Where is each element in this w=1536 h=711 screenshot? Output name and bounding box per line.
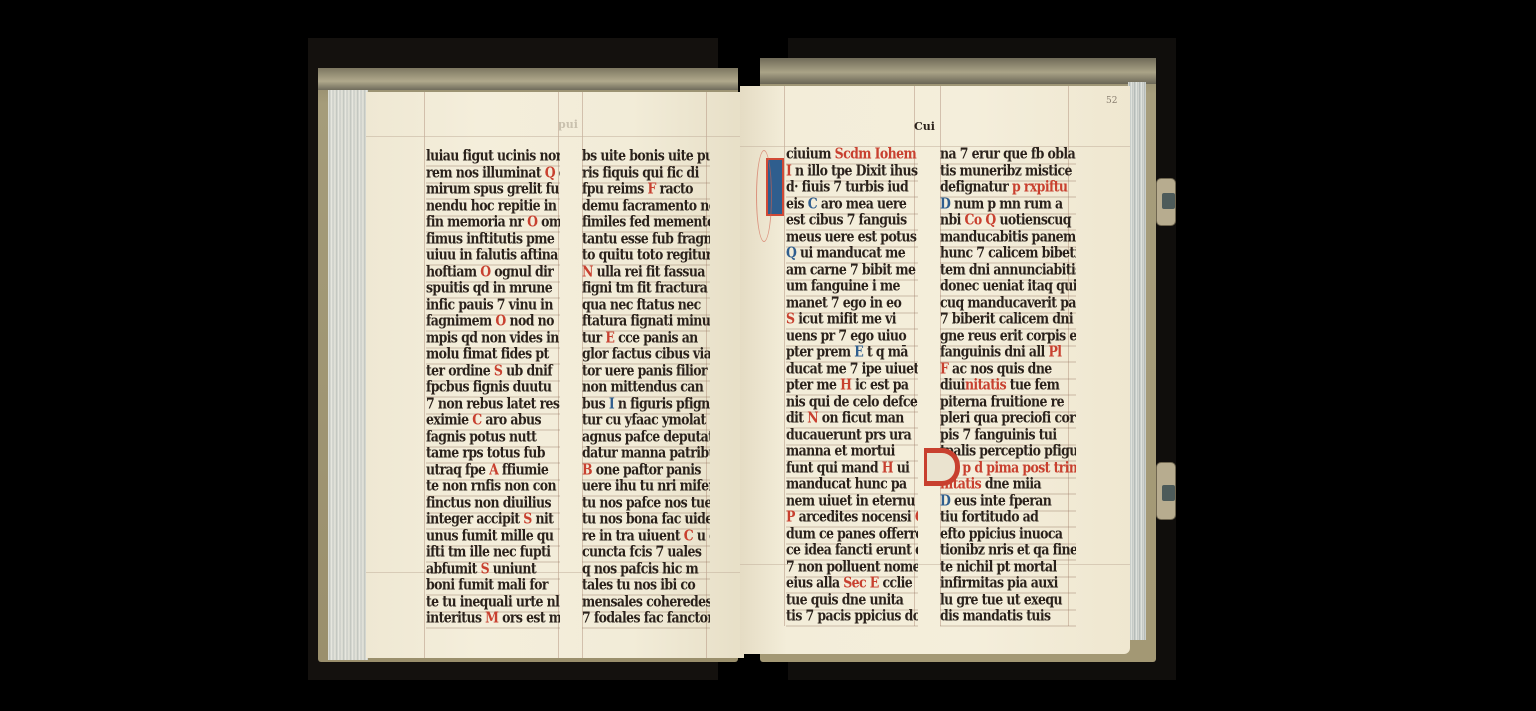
clasp-lower xyxy=(1156,462,1176,520)
right-page: Cui 52 ciuium Scdm IohemI n illo tpe Dix… xyxy=(740,86,1130,654)
text-line: interitus M ors est ma xyxy=(426,609,560,628)
clasp-strap-icon xyxy=(1162,193,1175,209)
left-page: pui luiau figut ucinis norrem nos illumi… xyxy=(366,92,744,658)
running-header: pui xyxy=(558,118,578,131)
text-column-b: bs uite bonis uite puris fiquis qui fic … xyxy=(582,148,710,627)
large-initial-D xyxy=(924,448,960,486)
ruling-line xyxy=(424,92,425,658)
folio-number: 52 xyxy=(1106,96,1117,106)
ruling-line xyxy=(366,136,744,137)
left-cover-top-edge xyxy=(318,68,738,90)
running-header: Cui xyxy=(914,120,935,133)
text-column-b: na 7 erur que fb oblatis muneribz mistic… xyxy=(940,146,1076,625)
penwork-flourish-icon xyxy=(756,150,772,242)
right-page-edges xyxy=(1128,82,1146,640)
text-line: 7 fodales fac fanctor xyxy=(582,609,710,628)
text-line: tis 7 pacis ppicius do xyxy=(786,607,918,626)
text-line: dis mandatis tuis xyxy=(940,607,1076,626)
text-column-a: luiau figut ucinis norrem nos illuminat … xyxy=(426,148,560,627)
text-column-a: ciuium Scdm IohemI n illo tpe Dixit ihus… xyxy=(786,146,918,625)
clasp-strap-icon xyxy=(1162,485,1175,501)
clasp-upper xyxy=(1156,178,1176,226)
ruling-line xyxy=(784,86,785,626)
left-page-edges xyxy=(328,90,368,660)
right-cover-top-edge xyxy=(760,58,1156,84)
